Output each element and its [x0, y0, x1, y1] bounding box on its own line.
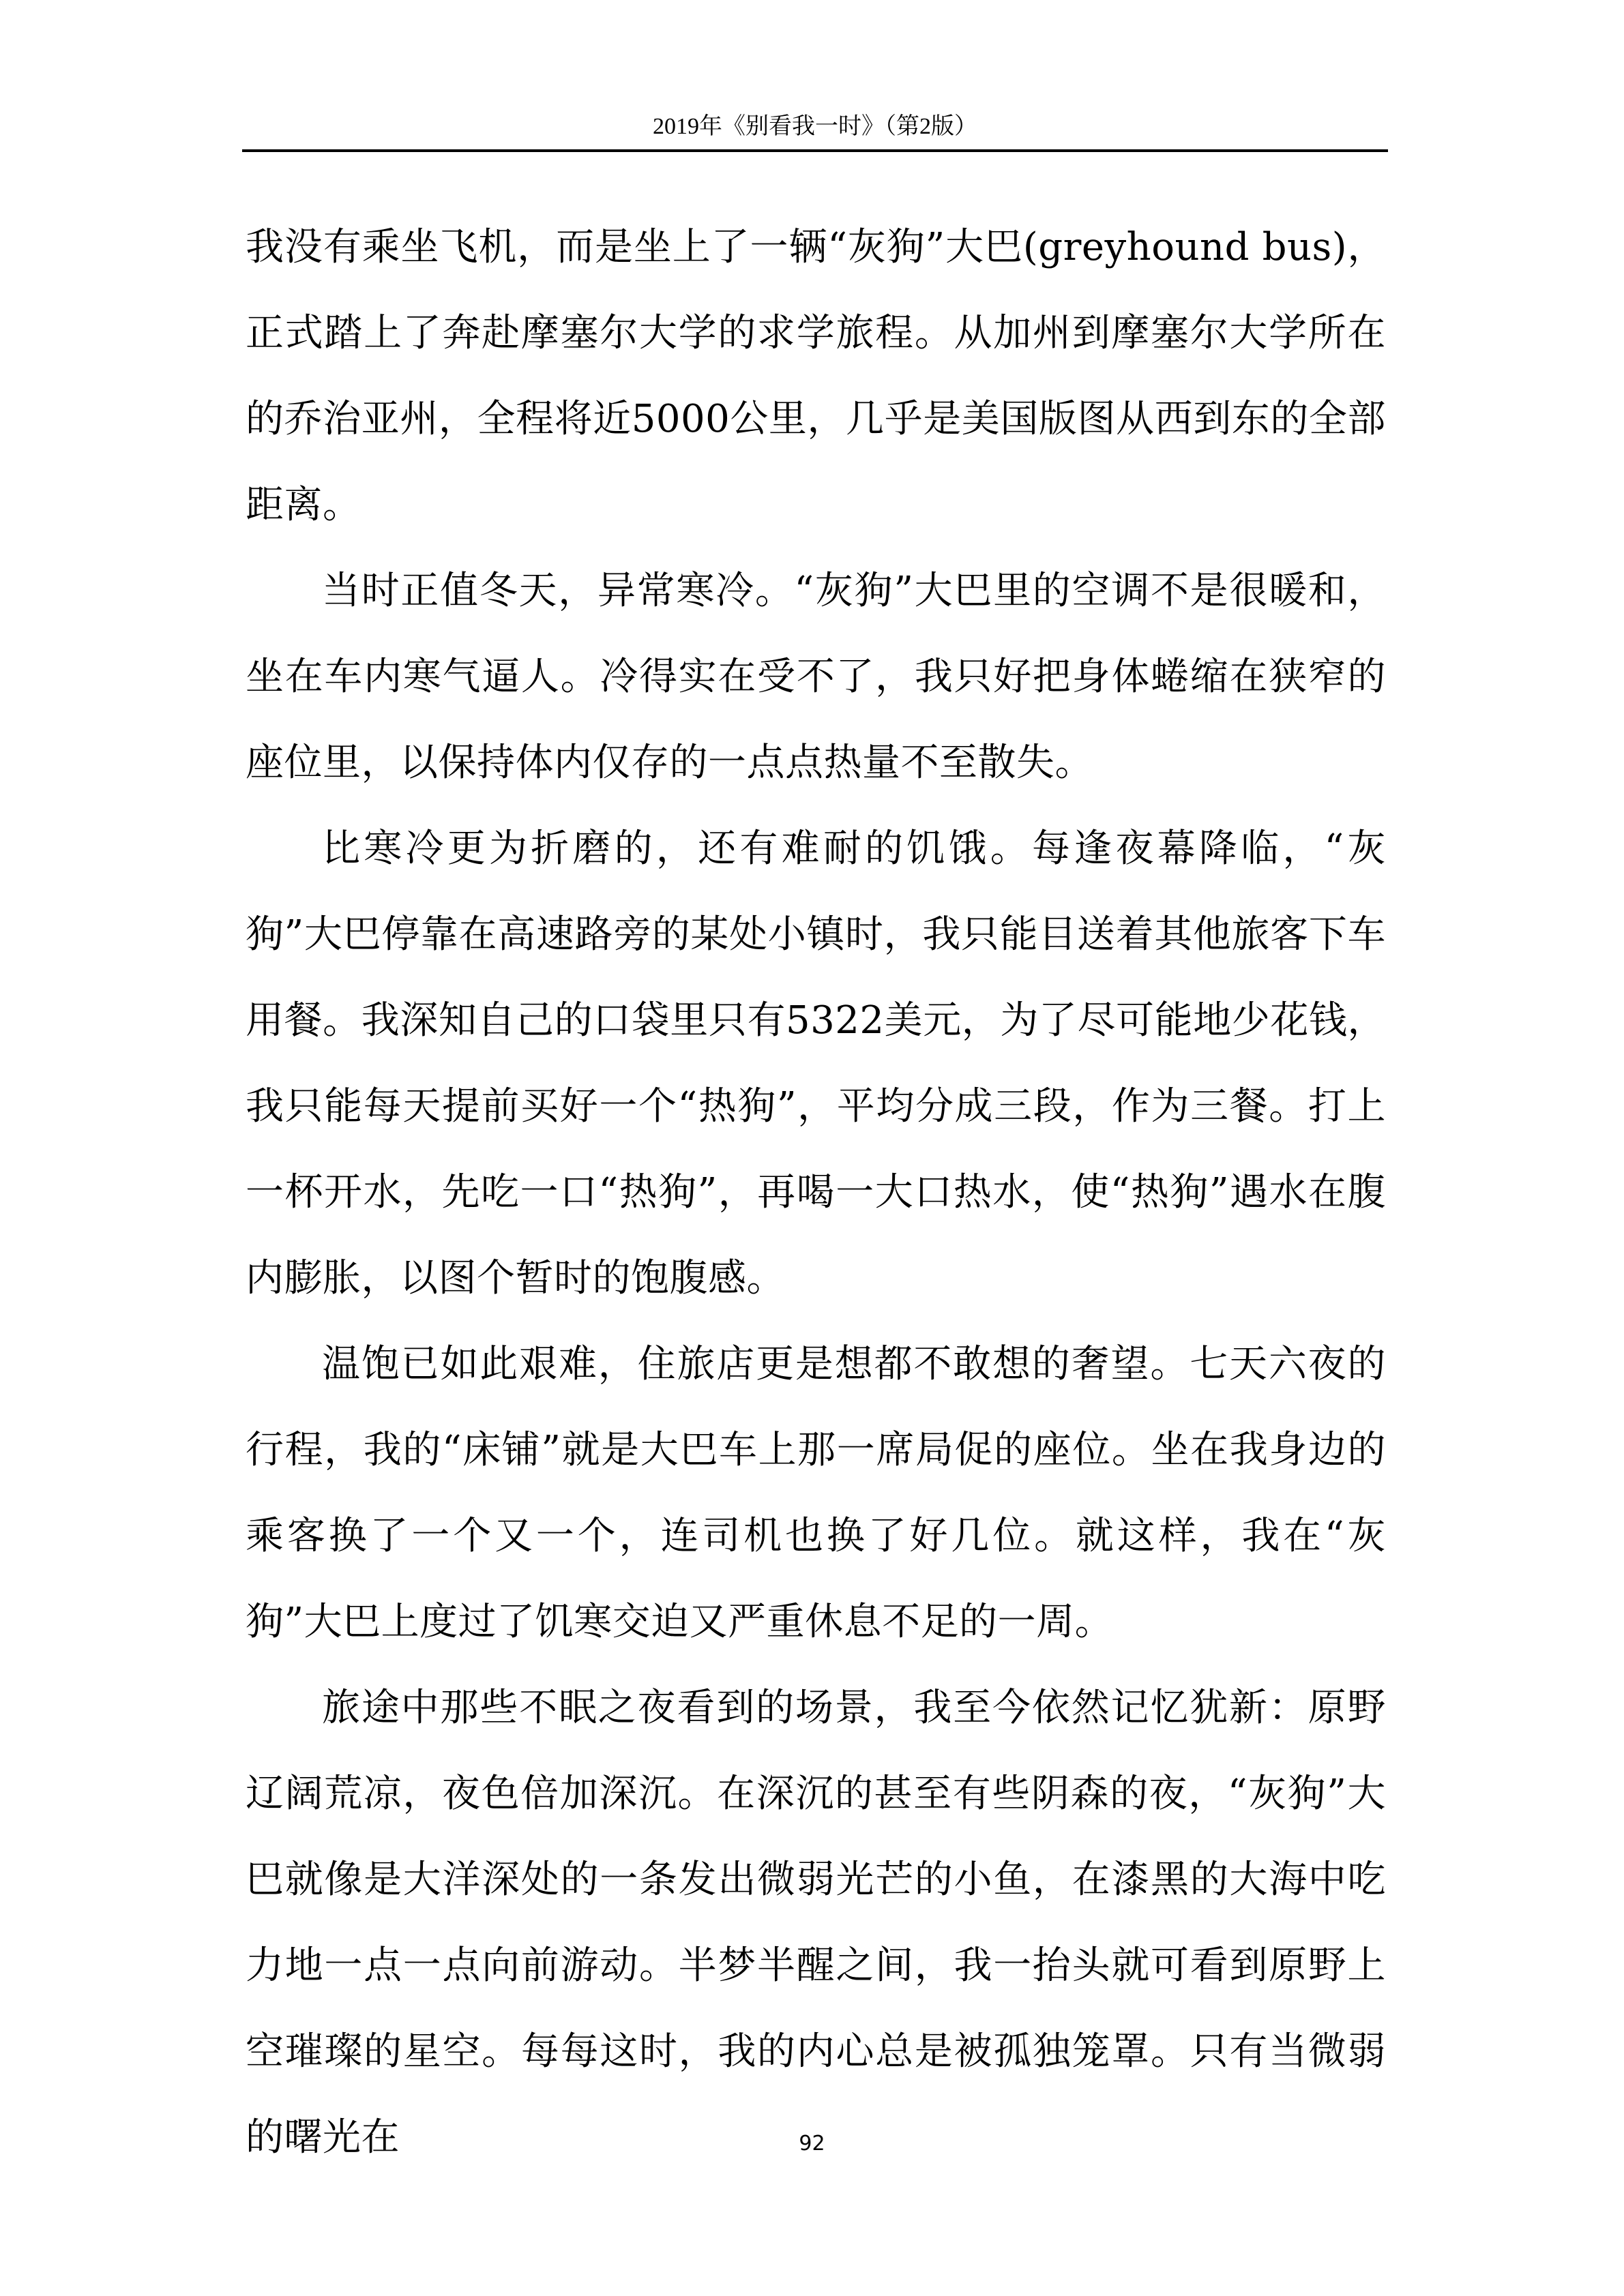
- paragraph-1: 我没有乘坐飞机，而是坐上了一辆“灰狗”大巴(greyhound bus)，正式踏…: [246, 205, 1386, 548]
- running-header: 2019年《别看我一时》（第2版）: [242, 112, 1388, 142]
- page-number: 92: [0, 2132, 1624, 2156]
- paragraph-5: 旅途中那些不眠之夜看到的场景，我至今依然记忆犹新：原野辽阔荒凉，夜色倍加深沉。在…: [246, 1665, 1386, 2181]
- paragraph-3: 比寒冷更为折磨的，还有难耐的饥饿。每逢夜幕降临，“灰狗”大巴停靠在高速路旁的某处…: [246, 806, 1386, 1322]
- paragraph-2: 当时正值冬天，异常寒冷。“灰狗”大巴里的空调不是很暖和，坐在车内寒气逼人。冷得实…: [246, 548, 1386, 806]
- header-divider: [242, 149, 1388, 152]
- paragraph-4: 温饱已如此艰难，住旅店更是想都不敢想的奢望。七天六夜的行程，我的“床铺”就是大巴…: [246, 1322, 1386, 1665]
- document-body: 我没有乘坐飞机，而是坐上了一辆“灰狗”大巴(greyhound bus)，正式踏…: [246, 205, 1386, 2181]
